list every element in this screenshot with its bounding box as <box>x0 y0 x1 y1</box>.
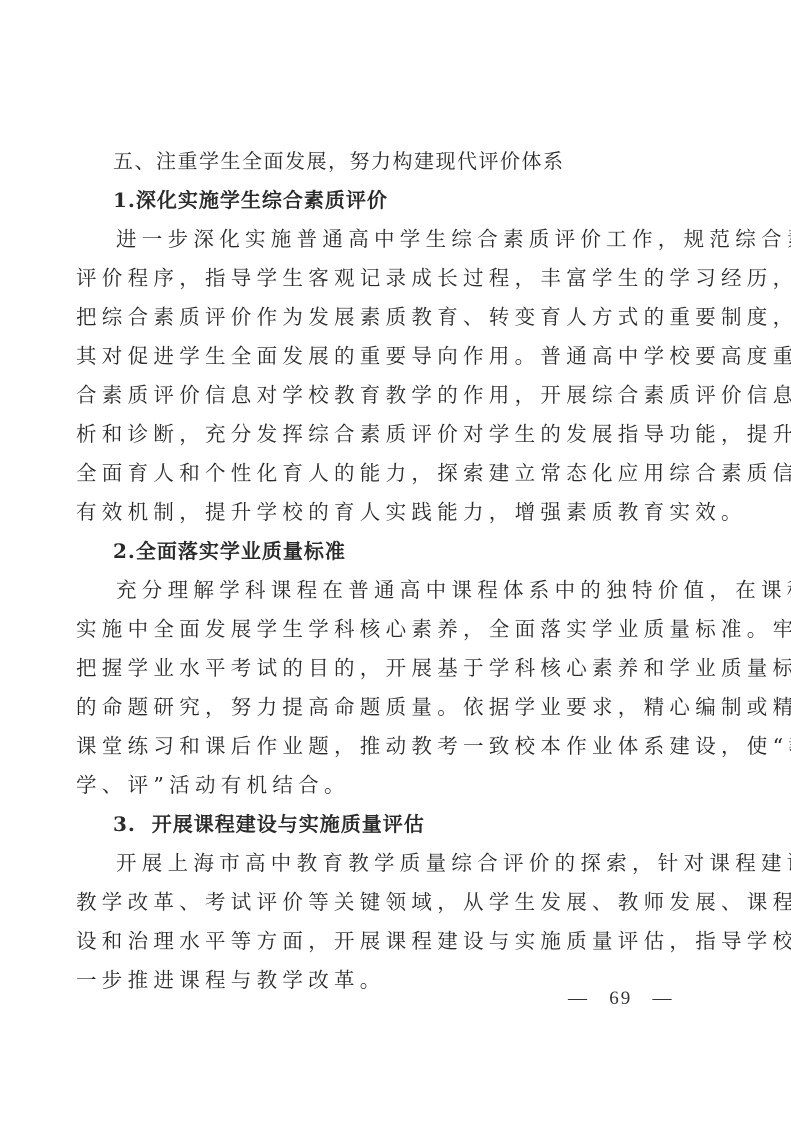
paragraph-line: 学、评”活动有机结合。 <box>76 766 666 805</box>
paragraph-line: 课堂练习和课后作业题，推动教考一致校本作业体系建设，使“教、 <box>76 727 666 766</box>
paragraph-line: 评价程序，指导学生客观记录成长过程，丰富学生的学习经历，真正 <box>76 259 666 298</box>
paragraph-line: 把握学业水平考试的目的，开展基于学科核心素养和学业质量标准 <box>76 649 666 688</box>
paragraph-line: 有效机制，提升学校的育人实践能力，增强素质教育实效。 <box>76 493 666 532</box>
paragraph-line: 合素质评价信息对学校教育教学的作用，开展综合素质评价信息的分 <box>76 376 666 415</box>
paragraph-line: 充分理解学科课程在普通高中课程体系中的独特价值，在课程 <box>76 571 666 610</box>
paragraph-line: 析和诊断，充分发挥综合素质评价对学生的发展指导功能，提升学校 <box>76 415 666 454</box>
section-title: 五、注重学生全面发展，努力构建现代评价体系 <box>76 142 666 181</box>
document-page: 五、注重学生全面发展，努力构建现代评价体系 1.深化实施学生综合素质评价 进一步… <box>76 142 666 1000</box>
subsection-heading-2: 2.全面落实学业质量标准 <box>76 532 666 571</box>
paragraph-line: 实施中全面发展学生学科核心素养，全面落实学业质量标准。牢牢 <box>76 610 666 649</box>
paragraph-line: 开展上海市高中教育教学质量综合评价的探索，针对课程建设、 <box>76 844 666 883</box>
paragraph-line: 设和治理水平等方面，开展课程建设与实施质量评估，指导学校进 <box>76 922 666 961</box>
subsection-heading-3: 3. 开展课程建设与实施质量评估 <box>76 805 666 844</box>
paragraph-2: 充分理解学科课程在普通高中课程体系中的独特价值，在课程 实施中全面发展学生学科核… <box>76 571 666 805</box>
page-number: — 69 — <box>568 988 674 1010</box>
subsection-heading-1: 1.深化实施学生综合素质评价 <box>76 181 666 220</box>
paragraph-line: 把综合素质评价作为发展素质教育、转变育人方式的重要制度，强化 <box>76 298 666 337</box>
paragraph-line: 进一步深化实施普通高中学生综合素质评价工作，规范综合素质 <box>76 220 666 259</box>
paragraph-1: 进一步深化实施普通高中学生综合素质评价工作，规范综合素质 评价程序，指导学生客观… <box>76 220 666 532</box>
paragraph-line: 其对促进学生全面发展的重要导向作用。普通高中学校要高度重视综 <box>76 337 666 376</box>
paragraph-line: 教学改革、考试评价等关键领域，从学生发展、教师发展、课程建 <box>76 883 666 922</box>
paragraph-line: 的命题研究，努力提高命题质量。依据学业要求，精心编制或精选 <box>76 688 666 727</box>
paragraph-3: 开展上海市高中教育教学质量综合评价的探索，针对课程建设、 教学改革、考试评价等关… <box>76 844 666 1000</box>
paragraph-line: 全面育人和个性化育人的能力，探索建立常态化应用综合素质信息的 <box>76 454 666 493</box>
